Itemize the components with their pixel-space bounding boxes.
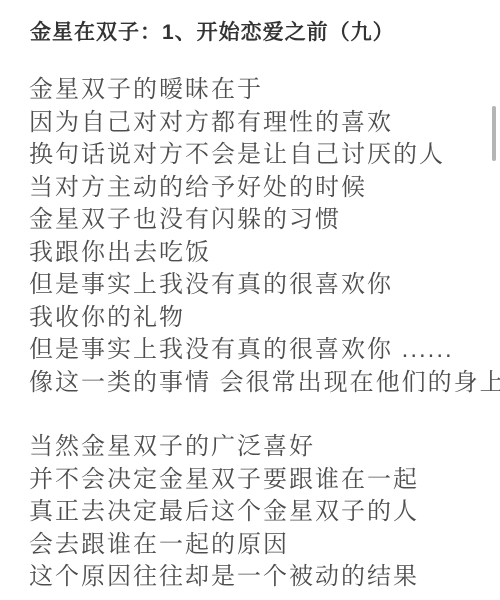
document-page: 金星在双子：1、开始恋爱之前（九） 金星双子的暧昧在于 因为自己对对方都有理性的…: [0, 0, 500, 600]
text-line: 并不会决定金星双子要跟谁在一起: [29, 464, 490, 497]
text-line: 真正去决定最后这个金星双子的人: [29, 496, 490, 529]
text-content: 金星在双子：1、开始恋爱之前（九） 金星双子的暧昧在于 因为自己对对方都有理性的…: [0, 0, 500, 594]
paragraph-2: 当然金星双子的广泛喜好 并不会决定金星双子要跟谁在一起 真正去决定最后这个金星双…: [29, 431, 490, 594]
text-line: 但是事实上我没有真的很喜欢你 ......: [29, 334, 490, 367]
text-line: 这个原因往往却是一个被动的结果: [29, 561, 490, 594]
text-line: 金星双子的暧昧在于: [29, 74, 490, 107]
text-line: 因为自己对对方都有理性的喜欢: [29, 107, 490, 140]
page-title: 金星在双子：1、开始恋爱之前（九）: [30, 18, 490, 48]
text-line: 像这一类的事情 会很常出现在他们的身上: [29, 367, 490, 400]
text-line: 当然金星双子的广泛喜好: [29, 431, 490, 464]
text-line: 金星双子也没有闪躲的习惯: [29, 204, 490, 237]
text-line: 我收你的礼物: [29, 302, 490, 335]
text-line: 换句话说对方不会是让自己讨厌的人: [29, 139, 490, 172]
scrollbar-thumb[interactable]: [492, 106, 496, 161]
paragraph-1: 金星双子的暧昧在于 因为自己对对方都有理性的喜欢 换句话说对方不会是让自己讨厌的…: [29, 74, 490, 399]
text-line: 当对方主动的给予好处的时候: [29, 172, 490, 205]
text-line: 我跟你出去吃饭: [29, 237, 490, 270]
text-line: 但是事实上我没有真的很喜欢你: [29, 269, 490, 302]
text-line: 会去跟谁在一起的原因: [29, 529, 490, 562]
